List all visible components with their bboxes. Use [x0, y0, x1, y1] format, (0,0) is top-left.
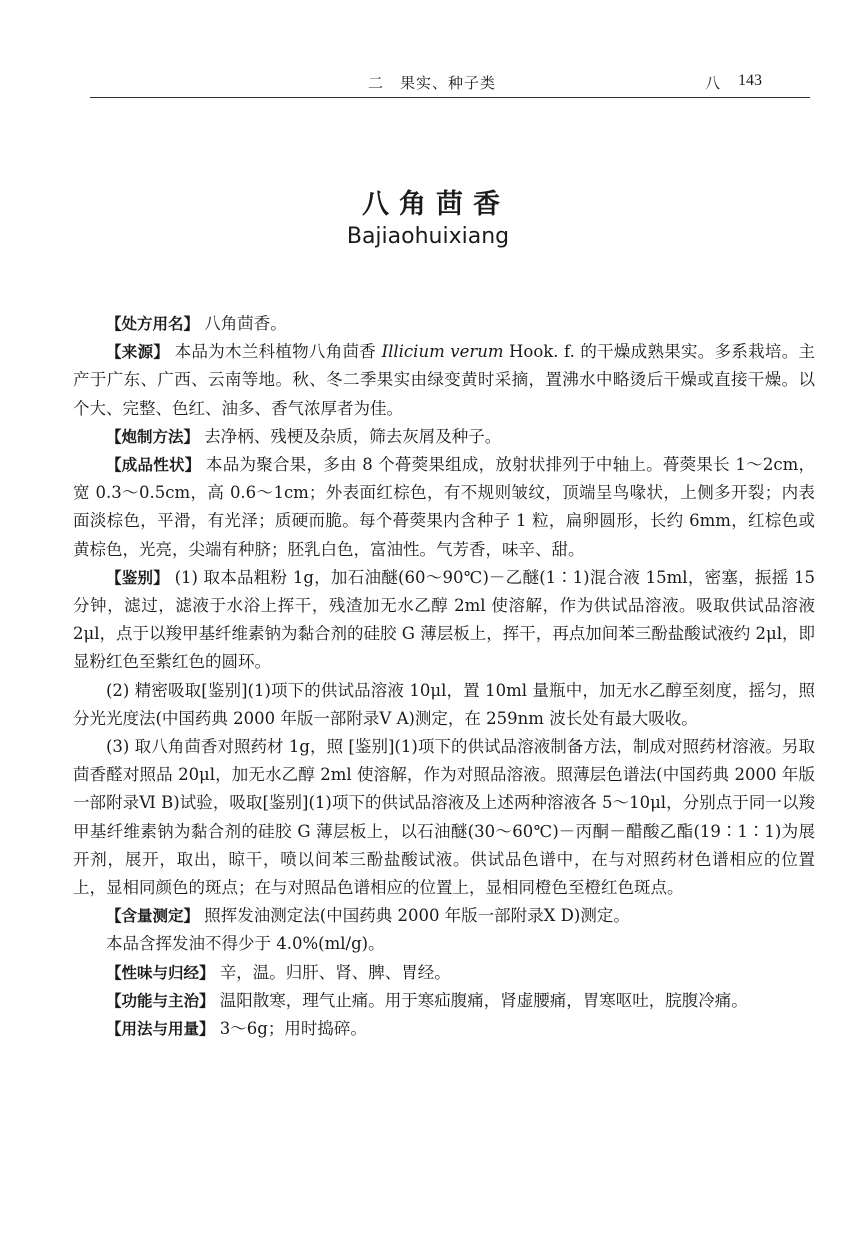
- section-label: 【鉴别】: [106, 569, 169, 587]
- section-processing: 【炮制方法】 去净柄、残梗及杂质，筛去灰屑及种子。: [73, 423, 815, 451]
- section-label: 【性味与归经】: [106, 964, 215, 982]
- section-text: 去净柄、残梗及杂质，筛去灰屑及种子。: [204, 427, 501, 446]
- section-text: 本品为木兰科植物八角茴香: [175, 342, 382, 361]
- section-source: 【来源】 本品为木兰科植物八角茴香 Illicium verum Hook. f…: [73, 338, 815, 423]
- monograph-body: 【处方用名】 八角茴香。 【来源】 本品为木兰科植物八角茴香 Illicium …: [73, 310, 815, 1043]
- section-characteristics: 【成品性状】 本品为聚合果，多由 8 个蓇葖果组成，放射状排列于中轴上。蓇葖果长…: [73, 451, 815, 564]
- section-assay: 【含量测定】 照挥发油测定法(中国药典 2000 年版一部附录Ⅹ D)测定。: [73, 902, 815, 930]
- page-title: 八角茴香: [0, 182, 856, 221]
- section-text: 照挥发油测定法(中国药典 2000 年版一部附录Ⅹ D)测定。: [204, 906, 630, 925]
- section-functions-indications: 【功能与主治】 温阳散寒，理气止痛。用于寒疝腹痛，肾虚腰痛，胃寒呕吐，脘腹冷痛。: [73, 987, 815, 1015]
- section-identification-1: 【鉴别】 (1) 取本品粗粉 1g，加石油醚(60～90℃)－乙醚(1∶1)混合…: [73, 564, 815, 677]
- section-label: 【来源】: [106, 343, 169, 361]
- section-identification-2: (2) 精密吸取[鉴别](1)项下的供试品溶液 10μl，置 10ml 量瓶中，…: [73, 677, 815, 733]
- section-text: 温阳散寒，理气止痛。用于寒疝腹痛，肾虚腰痛，胃寒呕吐，脘腹冷痛。: [220, 991, 748, 1010]
- header-rule: [90, 97, 810, 98]
- section-assay-limit: 本品含挥发油不得少于 4.0%(ml/g)。: [73, 930, 815, 958]
- section-label: 【处方用名】: [106, 315, 199, 333]
- running-header-section: 二 果实、种子类: [368, 72, 496, 93]
- section-text: (3) 取八角茴香对照药材 1g，照 [鉴别](1)项下的供试品溶液制备方法，制…: [73, 737, 815, 897]
- pinyin-title: Bajiaohuixiang: [0, 224, 856, 249]
- section-usage-dosage: 【用法与用量】 3～6g；用时捣碎。: [73, 1015, 815, 1043]
- section-text: 3～6g；用时捣碎。: [220, 1019, 367, 1038]
- section-prescription-name: 【处方用名】 八角茴香。: [73, 310, 815, 338]
- latin-name: Illicium verum: [382, 342, 504, 361]
- section-text: (1) 取本品粗粉 1g，加石油醚(60～90℃)－乙醚(1∶1)混合液 15m…: [73, 568, 815, 672]
- section-text: 辛，温。归肝、肾、脾、胃经。: [220, 963, 451, 982]
- section-text: 八角茴香。: [204, 314, 287, 333]
- running-header: 二 果实、种子类 八 143: [90, 68, 810, 96]
- running-header-entry: 八: [705, 72, 720, 93]
- section-text: 本品含挥发油不得少于 4.0%(ml/g)。: [106, 934, 385, 953]
- section-label: 【功能与主治】: [106, 992, 215, 1010]
- section-label: 【炮制方法】: [106, 428, 199, 446]
- section-identification-3: (3) 取八角茴香对照药材 1g，照 [鉴别](1)项下的供试品溶液制备方法，制…: [73, 733, 815, 902]
- section-label: 【含量测定】: [106, 907, 199, 925]
- section-nature-meridian: 【性味与归经】 辛，温。归肝、肾、脾、胃经。: [73, 959, 815, 987]
- section-text: (2) 精密吸取[鉴别](1)项下的供试品溶液 10μl，置 10ml 量瓶中，…: [73, 681, 815, 728]
- section-label: 【用法与用量】: [106, 1020, 215, 1038]
- page-number: 143: [738, 72, 762, 90]
- section-label: 【成品性状】: [106, 456, 200, 474]
